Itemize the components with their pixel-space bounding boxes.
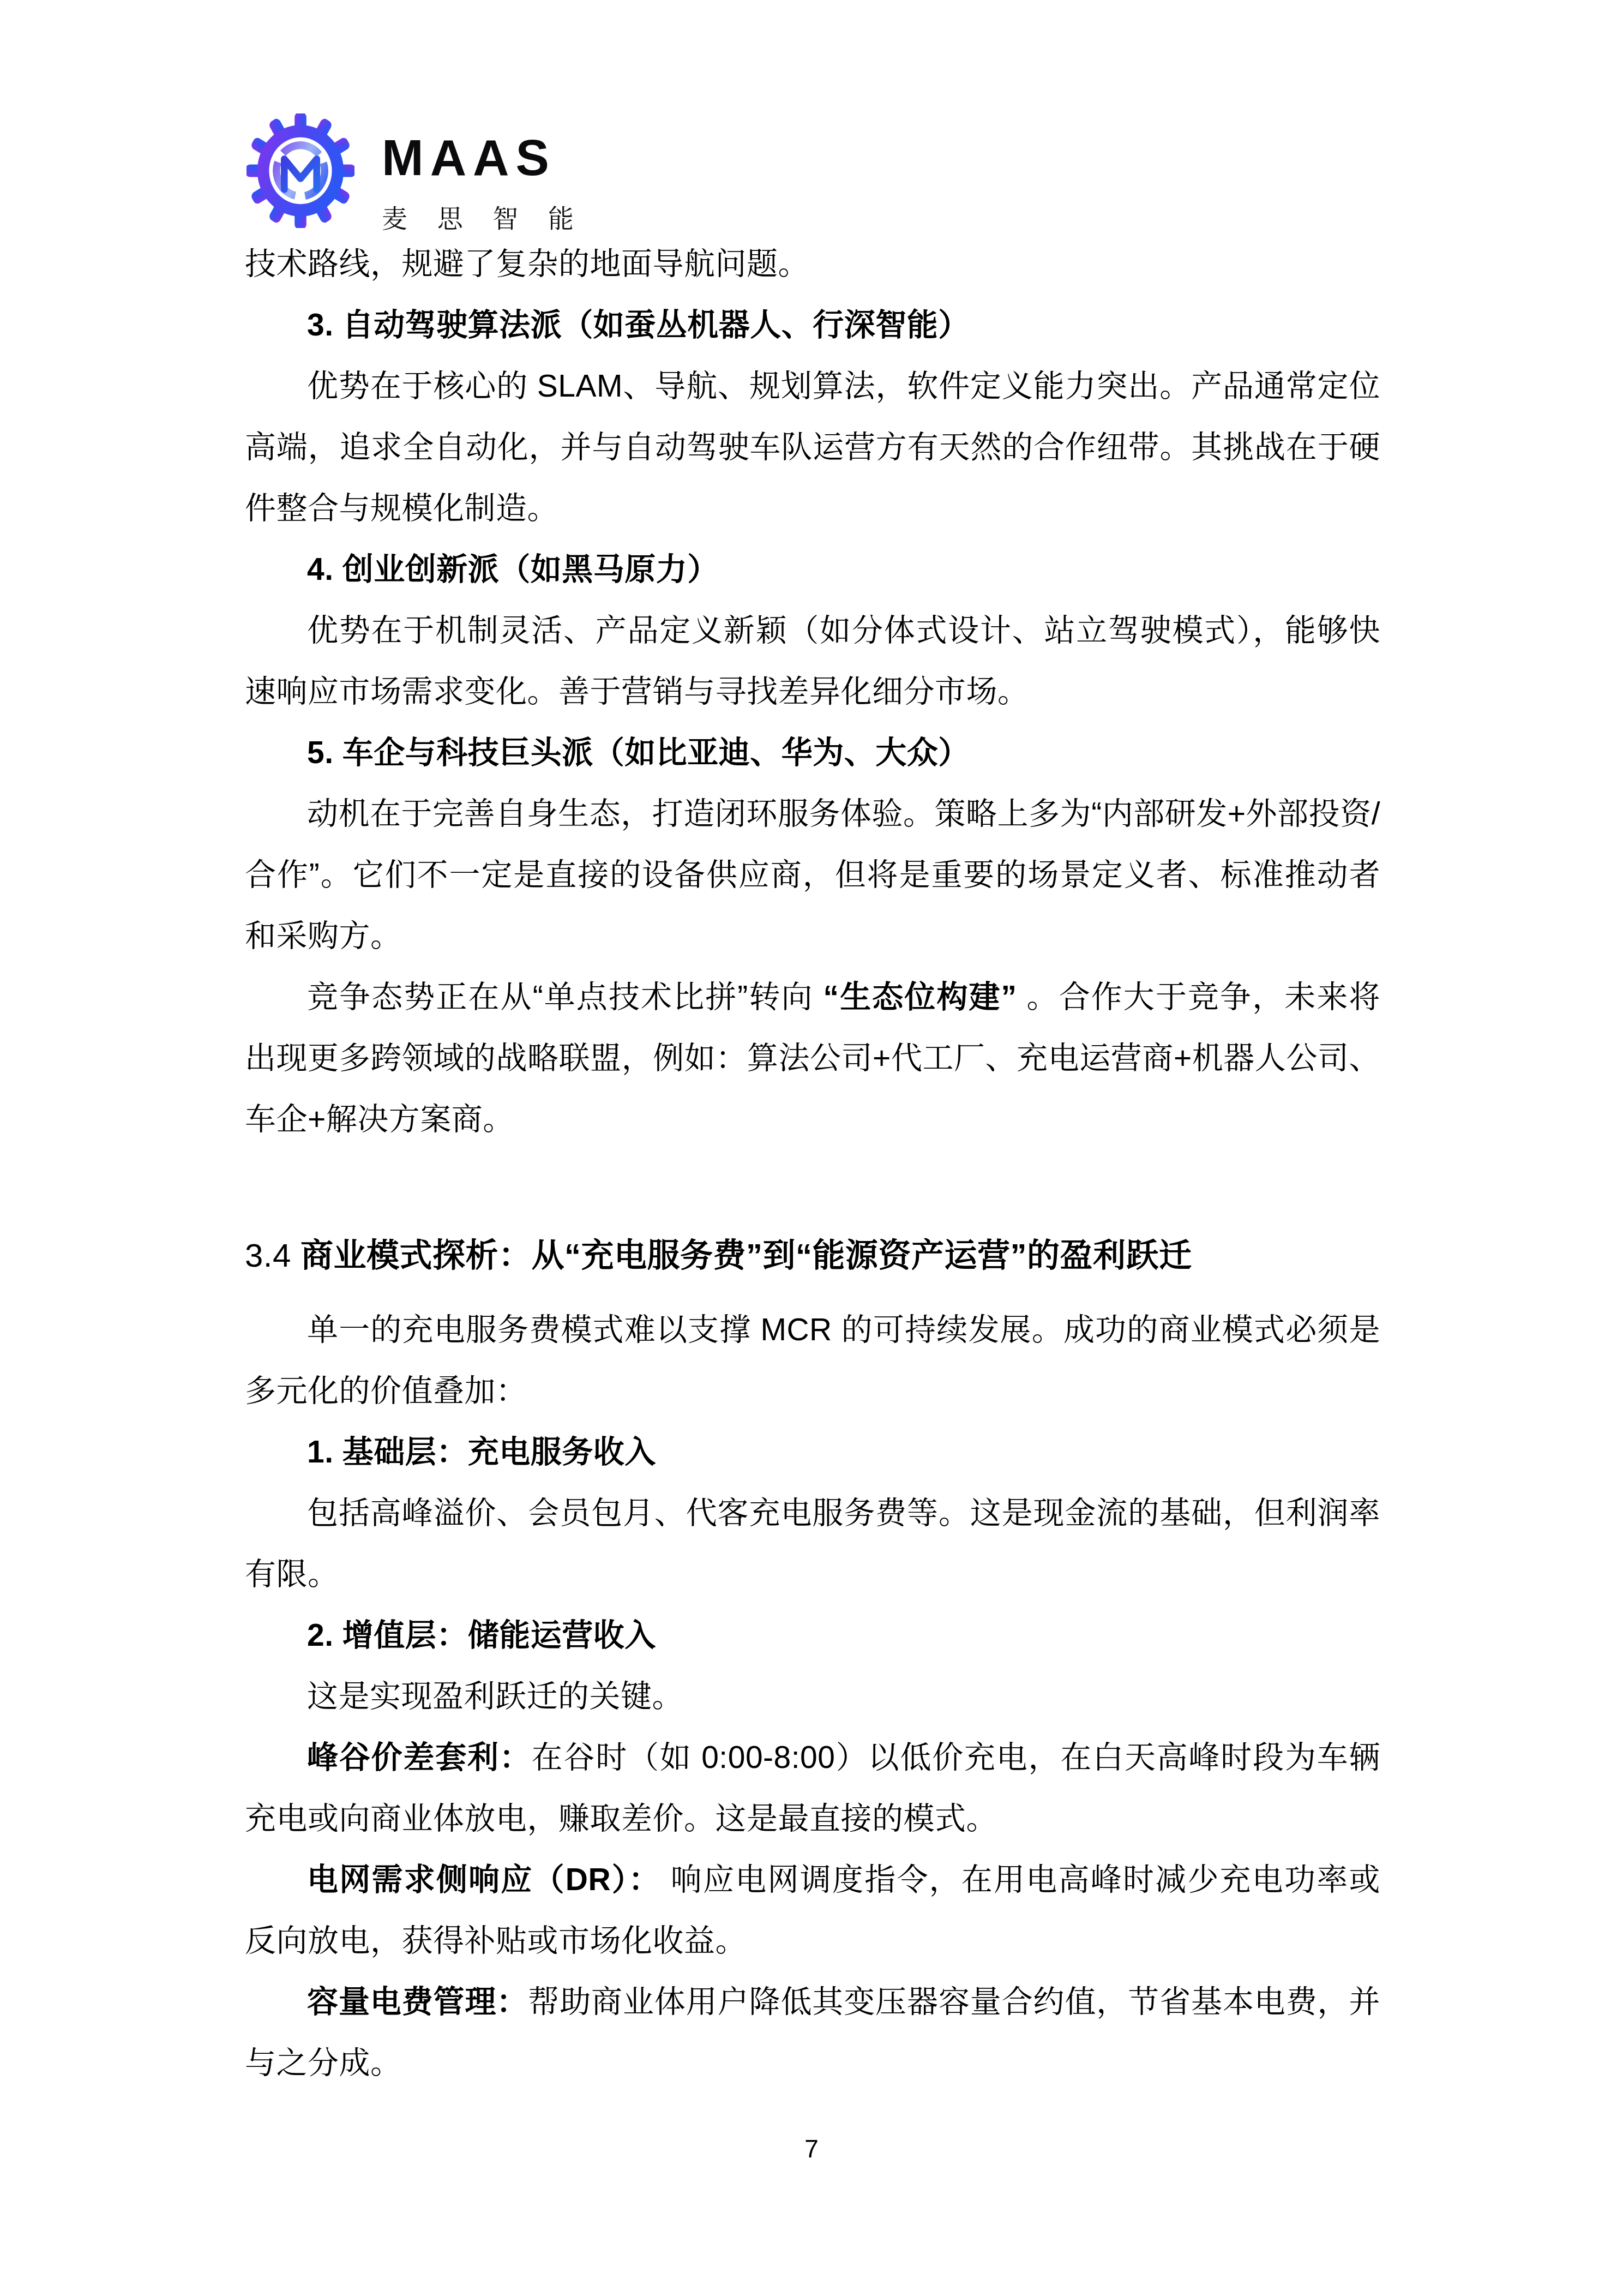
page-number: 7 bbox=[0, 2134, 1623, 2163]
paragraph: 这是实现盈利跃迁的关键。 bbox=[245, 1666, 1380, 1727]
text-run: 竞争态势正在从“单点技术比拼”转向 bbox=[307, 980, 823, 1015]
logo-subtitle-char: 智 bbox=[492, 199, 518, 235]
paragraph: 动机在于完善自身生态，打造闭环服务体验。策略上多为“内部研发+外部投资/合作”。… bbox=[245, 783, 1380, 967]
numbered-heading: 2. 增值层：储能运营收入 bbox=[245, 1605, 1380, 1666]
section-heading: 3.4 商业模式探析：从“充电服务费”到“能源资产运营”的盈利跃迁 bbox=[245, 1220, 1380, 1292]
logo-brand-text: MAAS bbox=[382, 133, 574, 183]
bold-run: 4. 创业创新派（如黑马原力） bbox=[307, 552, 719, 587]
text-run: 技术路线，规避了复杂的地面导航问题。 bbox=[245, 247, 809, 281]
numbered-heading: 5. 车企与科技巨头派（如比亚迪、华为、大众） bbox=[245, 722, 1380, 783]
numbered-heading: 4. 创业创新派（如黑马原力） bbox=[245, 539, 1380, 600]
text-run: 优势在于核心的 SLAM、导航、规划算法，软件定义能力突出。产品通常定位高端，追… bbox=[245, 369, 1380, 526]
text-run: 这是实现盈利跃迁的关键。 bbox=[307, 1679, 683, 1714]
numbered-heading: 3. 自动驾驶算法派（如蚕丛机器人、行深智能） bbox=[245, 295, 1380, 356]
paragraph: 容量电费管理：帮助商业体用户降低其变压器容量合约值，节省基本电费，并与之分成。 bbox=[245, 1971, 1380, 2094]
text-run: 单一的充电服务费模式难以支撑 MCR 的可持续发展。成功的商业模式必须是多元化的… bbox=[245, 1312, 1380, 1408]
text-run: 优势在于机制灵活、产品定义新颖（如分体式设计、站立驾驶模式），能够快速响应市场需… bbox=[245, 613, 1380, 709]
bold-run: 2. 增值层：储能运营收入 bbox=[307, 1618, 656, 1653]
bold-run: 电网需求侧响应（DR）： bbox=[307, 1862, 661, 1897]
logo-text-block: MAAS 麦思智能 bbox=[382, 113, 574, 235]
bold-run: 1. 基础层：充电服务收入 bbox=[307, 1435, 656, 1470]
text-run: 包括高峰溢价、会员包月、代客充电服务费等。这是现金流的基础，但利润率有限。 bbox=[245, 1496, 1380, 1592]
paragraph: 技术路线，规避了复杂的地面导航问题。 bbox=[245, 233, 1380, 295]
document-page: MAAS 麦思智能 技术路线，规避了复杂的地面导航问题。3. 自动驾驶算法派（如… bbox=[0, 0, 1623, 2296]
paragraph: 优势在于核心的 SLAM、导航、规划算法，软件定义能力突出。产品通常定位高端，追… bbox=[245, 356, 1380, 539]
bold-run: “生态位构建” bbox=[823, 980, 1017, 1015]
bold-run: 5. 车企与科技巨头派（如比亚迪、华为、大众） bbox=[307, 735, 970, 770]
bold-run: 3. 自动驾驶算法派（如蚕丛机器人、行深智能） bbox=[307, 308, 970, 343]
paragraph: 竞争态势正在从“单点技术比拼”转向 “生态位构建” 。合作大于竞争，未来将出现更… bbox=[245, 967, 1380, 1150]
text-run: 动机在于完善自身生态，打造闭环服务体验。策略上多为“内部研发+外部投资/合作”。… bbox=[245, 796, 1380, 954]
paragraph: 包括高峰溢价、会员包月、代客充电服务费等。这是现金流的基础，但利润率有限。 bbox=[245, 1483, 1380, 1605]
bold-run: 峰谷价差套利： bbox=[307, 1740, 532, 1775]
paragraph: 单一的充电服务费模式难以支撑 MCR 的可持续发展。成功的商业模式必须是多元化的… bbox=[245, 1299, 1380, 1422]
bold-run: 商业模式探析：从“充电服务费”到“能源资产运营”的盈利跃迁 bbox=[300, 1237, 1192, 1274]
logo-subtitle-text: 麦思智能 bbox=[382, 199, 574, 235]
paragraph: 电网需求侧响应（DR）： 响应电网调度指令，在用电高峰时减少充电功率或反向放电，… bbox=[245, 1849, 1380, 1971]
logo: MAAS 麦思智能 bbox=[247, 113, 574, 235]
logo-subtitle-char: 能 bbox=[548, 199, 574, 235]
paragraph: 峰谷价差套利：在谷时（如 0:00-8:00）以低价充电，在白天高峰时段为车辆充… bbox=[245, 1727, 1380, 1849]
document-content: 技术路线，规避了复杂的地面导航问题。3. 自动驾驶算法派（如蚕丛机器人、行深智能… bbox=[245, 233, 1380, 2094]
logo-subtitle-char: 麦 bbox=[382, 199, 407, 235]
logo-gear-icon bbox=[247, 113, 354, 228]
text-run: 3.4 bbox=[245, 1237, 300, 1274]
logo-subtitle-char: 思 bbox=[437, 199, 463, 235]
bold-run: 容量电费管理： bbox=[307, 1985, 528, 2019]
numbered-heading: 1. 基础层：充电服务收入 bbox=[245, 1422, 1380, 1483]
paragraph: 优势在于机制灵活、产品定义新颖（如分体式设计、站立驾驶模式），能够快速响应市场需… bbox=[245, 600, 1380, 722]
